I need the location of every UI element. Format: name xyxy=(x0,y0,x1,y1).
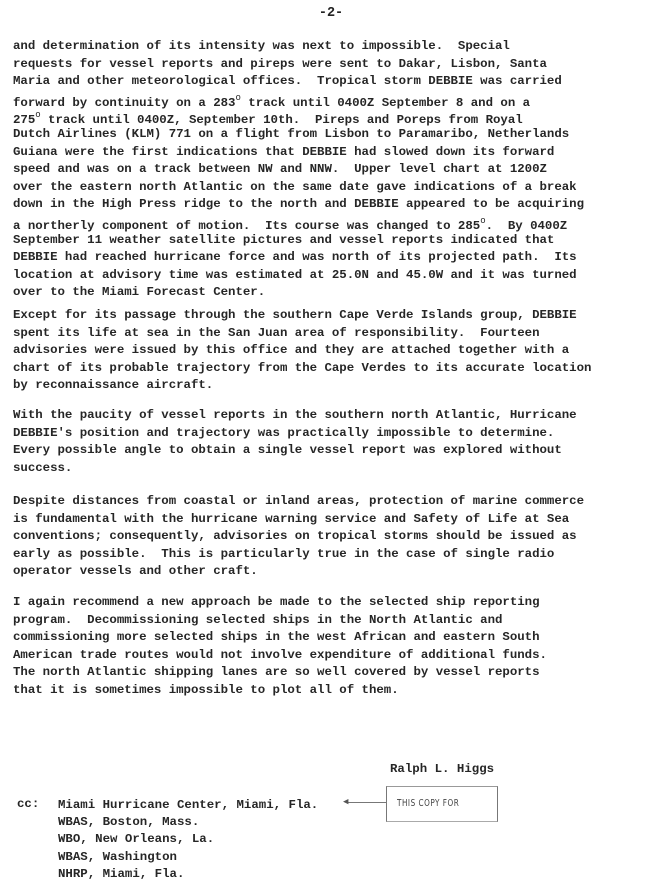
cc-recipient: WBO, New Orleans, La. xyxy=(58,831,318,848)
text-line: Dutch Airlines (KLM) 771 on a flight fro… xyxy=(13,126,653,144)
text-line: American trade routes would not involve … xyxy=(13,647,653,665)
text-line: I again recommend a new approach be made… xyxy=(13,594,653,612)
text-line: location at advisory time was estimated … xyxy=(13,267,653,285)
text-line: Guiana were the first indications that D… xyxy=(13,144,653,162)
text-line: Despite distances from coastal or inland… xyxy=(13,493,653,511)
text-line: a northerly component of motion. Its cou… xyxy=(13,214,653,232)
paragraph-marine-commerce: Despite distances from coastal or inland… xyxy=(13,493,653,581)
text-line: success. xyxy=(13,460,653,478)
text-line: DEBBIE had reached hurricane force and w… xyxy=(13,249,653,267)
text-line: early as possible. This is particularly … xyxy=(13,546,653,564)
text-line: spent its life at sea in the San Juan ar… xyxy=(13,325,653,343)
page-number: -2- xyxy=(0,6,662,21)
text-line: by reconnaissance aircraft. xyxy=(13,377,653,395)
text-line: requests for vessel reports and pireps w… xyxy=(13,56,653,74)
cc-recipient: Miami Hurricane Center, Miami, Fla. xyxy=(58,797,318,814)
text-line: conventions; consequently, advisories on… xyxy=(13,528,653,546)
text-line: operator vessels and other craft. xyxy=(13,563,653,581)
cc-label: cc: xyxy=(17,797,39,811)
text-line: Maria and other meteorological offices. … xyxy=(13,73,653,91)
text-line: September 11 weather satellite pictures … xyxy=(13,232,653,250)
text-line: Except for its passage through the south… xyxy=(13,307,653,325)
paragraph-vessel-reports: With the paucity of vessel reports in th… xyxy=(13,407,653,477)
text-line: Every possible angle to obtain a single … xyxy=(13,442,653,460)
cc-recipient: WBAS, Washington xyxy=(58,849,318,866)
text-line: that it is sometimes impossible to plot … xyxy=(13,682,653,700)
stamp-text: THIS COPY FOR xyxy=(397,798,459,809)
degree-symbol: o xyxy=(480,216,485,226)
cc-recipient: NHRP, Miami, Fla. xyxy=(58,866,318,883)
text-line: is fundamental with the hurricane warnin… xyxy=(13,511,653,529)
signature: Ralph L. Higgs xyxy=(390,762,494,776)
text-line: DEBBIE's position and trajectory was pra… xyxy=(13,425,653,443)
paragraph-ship-reporting-recommendation: I again recommend a new approach be made… xyxy=(13,594,653,700)
paragraph-san-juan-responsibility: Except for its passage through the south… xyxy=(13,307,653,395)
degree-symbol: o xyxy=(235,93,240,103)
left-arrow-icon xyxy=(346,802,386,803)
arrow-head-icon: ◀ xyxy=(343,798,348,807)
degree-symbol: o xyxy=(35,110,40,120)
text-line: forward by continuity on a 283o track un… xyxy=(13,91,653,109)
text-line: over the eastern north Atlantic on the s… xyxy=(13,179,653,197)
cc-recipient-list: Miami Hurricane Center, Miami, Fla. WBAS… xyxy=(58,797,318,883)
text-line: commissioning more selected ships in the… xyxy=(13,629,653,647)
this-copy-for-stamp: THIS COPY FOR xyxy=(386,786,498,822)
text-line: chart of its probable trajectory from th… xyxy=(13,360,653,378)
text-line: and determination of its intensity was n… xyxy=(13,38,653,56)
text-line: down in the High Press ridge to the nort… xyxy=(13,196,653,214)
text-line: 275o track until 0400Z, September 10th. … xyxy=(13,108,653,126)
text-line: The north Atlantic shipping lanes are so… xyxy=(13,664,653,682)
cc-recipient: WBAS, Boston, Mass. xyxy=(58,814,318,831)
text-line: over to the Miami Forecast Center. xyxy=(13,284,653,302)
text-line: program. Decommissioning selected ships … xyxy=(13,612,653,630)
text-line: speed and was on a track between NW and … xyxy=(13,161,653,179)
text-line: advisories were issued by this office an… xyxy=(13,342,653,360)
text-line: With the paucity of vessel reports in th… xyxy=(13,407,653,425)
paragraph-storm-track: and determination of its intensity was n… xyxy=(13,38,653,302)
